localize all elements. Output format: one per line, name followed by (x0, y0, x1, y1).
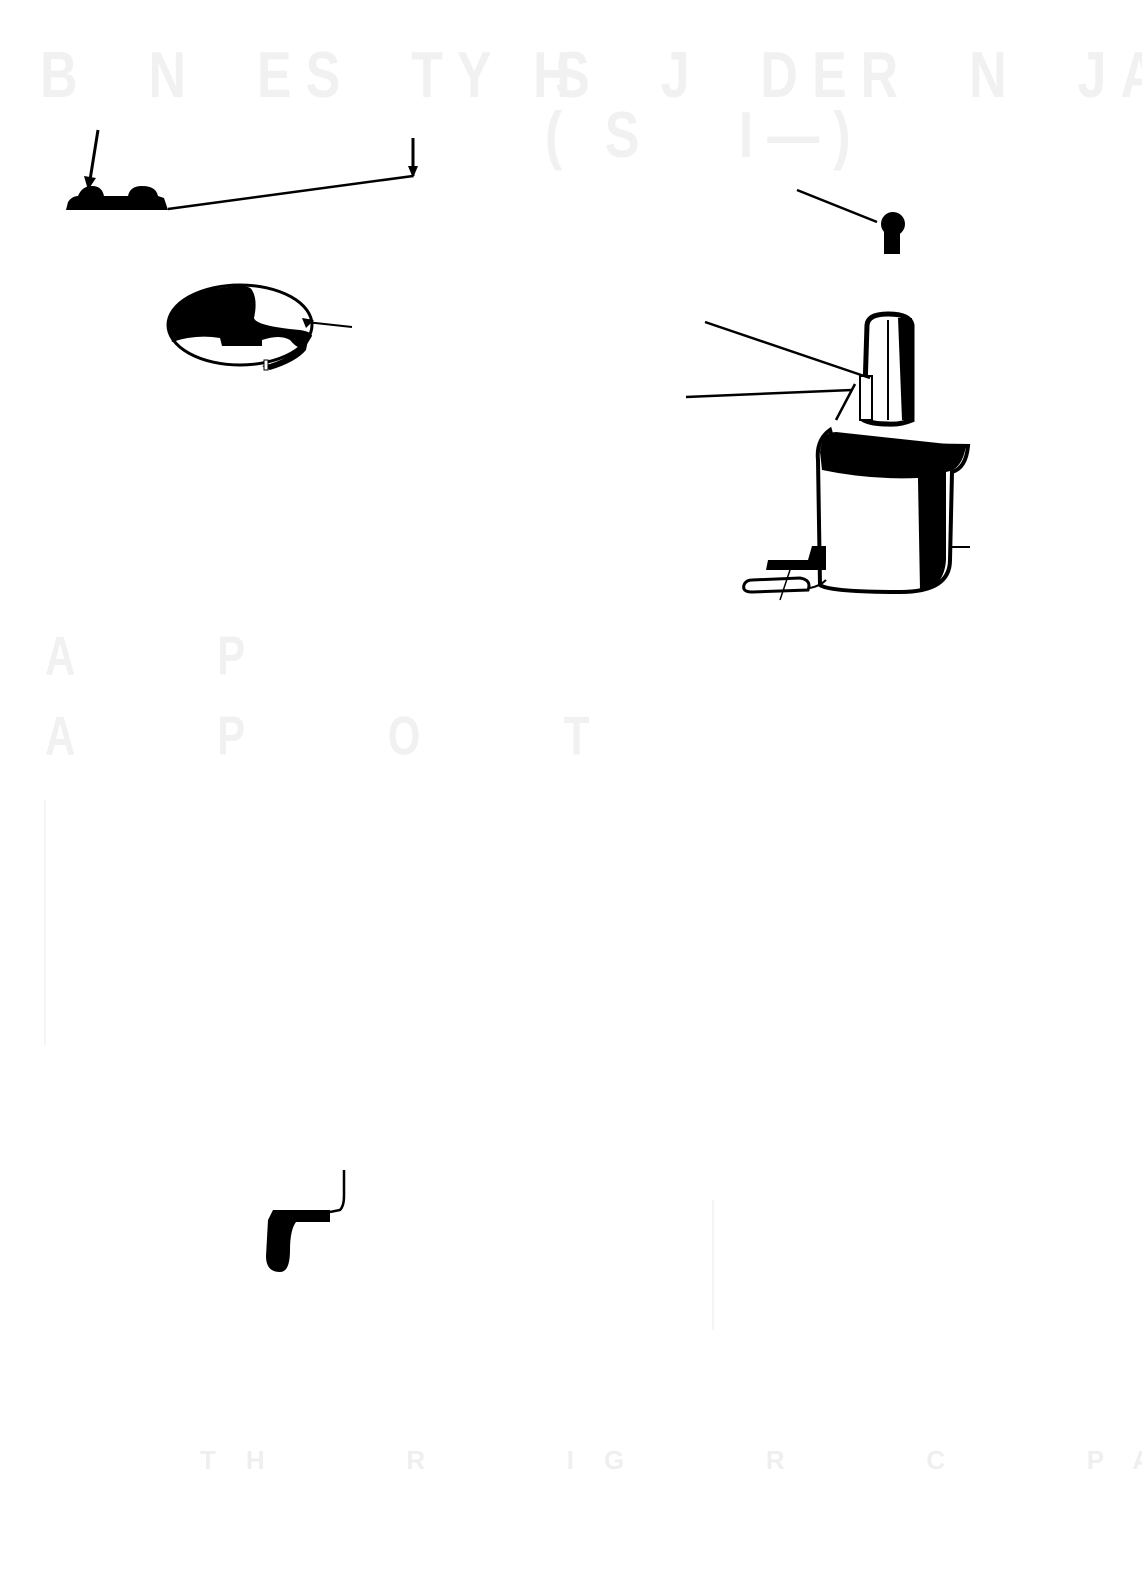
contact-point-assembly-illustration (66, 130, 418, 210)
illustrations-layer (0, 0, 1142, 1577)
lever-bracket-illustration (266, 1170, 344, 1272)
coil-assembly-illustration (686, 190, 970, 600)
rotor-disc-illustration (168, 285, 352, 370)
